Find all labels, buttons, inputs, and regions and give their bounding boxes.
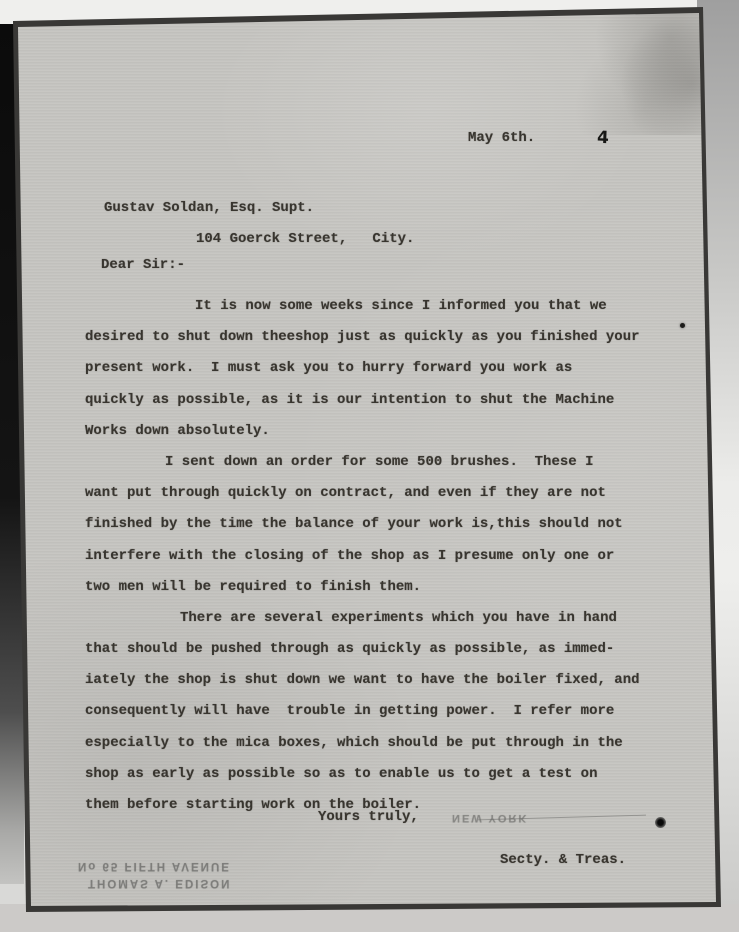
body-line: quickly as possible, as it is our intent…: [85, 385, 665, 416]
edison-name-ghost-stamp: THOMAS A. EDISON: [88, 877, 231, 889]
body-line: I sent down an order for some 500 brushe…: [85, 447, 665, 478]
body-line: iately the shop is shut down we want to …: [85, 665, 665, 696]
document-photo: May 6th. 4 Gustav Soldan, Esq. Supt. 104…: [0, 0, 739, 932]
page-number: 4: [597, 128, 610, 148]
body-line: especially to the mica boxes, which shou…: [85, 728, 665, 759]
ink-smudge-stain: [575, 0, 715, 135]
body-line: consequently will have trouble in gettin…: [85, 696, 665, 727]
body-line: shop as early as possible so as to enabl…: [85, 759, 665, 790]
body-line: that should be pushed through as quickly…: [85, 634, 665, 665]
recipient-name-line: Gustav Soldan, Esq. Supt.: [104, 200, 314, 216]
body-line: present work. I must ask you to hurry fo…: [85, 353, 665, 384]
body-line: finished by the time the balance of your…: [85, 509, 665, 540]
body-line: want put through quickly on contract, an…: [85, 478, 665, 509]
signature-title: Secty. & Treas.: [500, 852, 626, 868]
ink-spot: [680, 323, 685, 328]
letter-body: It is now some weeks since I informed yo…: [85, 291, 665, 821]
letter-date: May 6th.: [468, 130, 535, 146]
body-line: Works down absolutely.: [85, 416, 665, 447]
body-line: It is now some weeks since I informed yo…: [85, 291, 665, 322]
body-line: interfere with the closing of the shop a…: [85, 541, 665, 572]
office-address-ghost-stamp: No 65 FIFTH AVENUE: [78, 860, 231, 872]
recipient-address-line: 104 Goerck Street, City.: [196, 231, 414, 247]
letter-page: May 6th. 4 Gustav Soldan, Esq. Supt. 104…: [0, 0, 739, 932]
body-line: desired to shut down theeshop just as qu…: [85, 322, 665, 353]
body-line: two men will be required to finish them.: [85, 572, 665, 603]
closing: Yours truly,: [318, 809, 419, 825]
salutation: Dear Sir:-: [101, 257, 185, 273]
new-york-ghost-stamp: NEW YORK: [452, 812, 528, 824]
body-line: There are several experiments which you …: [85, 603, 665, 634]
